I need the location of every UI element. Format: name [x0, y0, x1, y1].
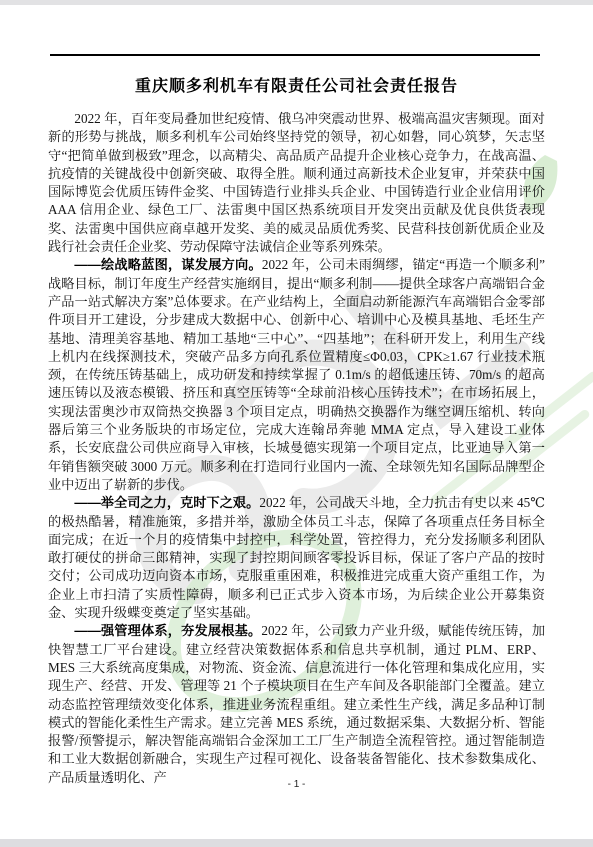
- paragraph-text: 2022 年，公司战天斗地，全力抗击有史以来 45℃的极热酷暑，精准施策，多措并…: [48, 495, 545, 620]
- paragraph: ——强管理体系，夯发展根基。2022 年，公司致力产业升级，赋能传统压铸，加快智…: [48, 622, 545, 787]
- paragraph-lead: ——举全司之力，克时下之艰。: [74, 495, 259, 510]
- viewer-edge-top: [0, 0, 593, 5]
- title-divider: [50, 54, 540, 56]
- document-page: 重庆顺多利机车有限责任公司社会责任报告 2022 年，百年变局叠加世纪疫情、俄乌…: [0, 0, 593, 847]
- paragraph-text: 2022 年，公司未雨绸缪，锚定“再造一个顺多利”战略目标，制订年度生产经营实施…: [48, 257, 545, 492]
- paragraph: 2022 年，百年变局叠加世纪疫情、俄乌冲突震动世界、极端高温灾害频现。面对新的…: [48, 110, 545, 256]
- page-number: - 1 -: [0, 779, 593, 790]
- paragraph-text: 2022 年，百年变局叠加世纪疫情、俄乌冲突震动世界、极端高温灾害频现。面对新的…: [48, 111, 545, 254]
- paragraph-lead: ——绘战略蓝图，谋发展方向。: [74, 257, 261, 272]
- body-text: 2022 年，百年变局叠加世纪疫情、俄乌冲突震动世界、极端高温灾害频现。面对新的…: [48, 110, 545, 787]
- paragraph: ——绘战略蓝图，谋发展方向。2022 年，公司未雨绸缪，锚定“再造一个顺多利”战…: [48, 256, 545, 494]
- page-title: 重庆顺多利机车有限责任公司社会责任报告: [0, 73, 593, 96]
- paragraph: ——举全司之力，克时下之艰。2022 年，公司战天斗地，全力抗击有史以来 45℃…: [48, 494, 545, 622]
- paragraph-lead: ——强管理体系，夯发展根基。: [74, 623, 261, 638]
- paragraph-text: 2022 年，公司致力产业升级，赋能传统压铸，加快智慧工厂平台建设。建立经营决策…: [48, 623, 545, 784]
- viewer-edge-bottom: [0, 839, 593, 847]
